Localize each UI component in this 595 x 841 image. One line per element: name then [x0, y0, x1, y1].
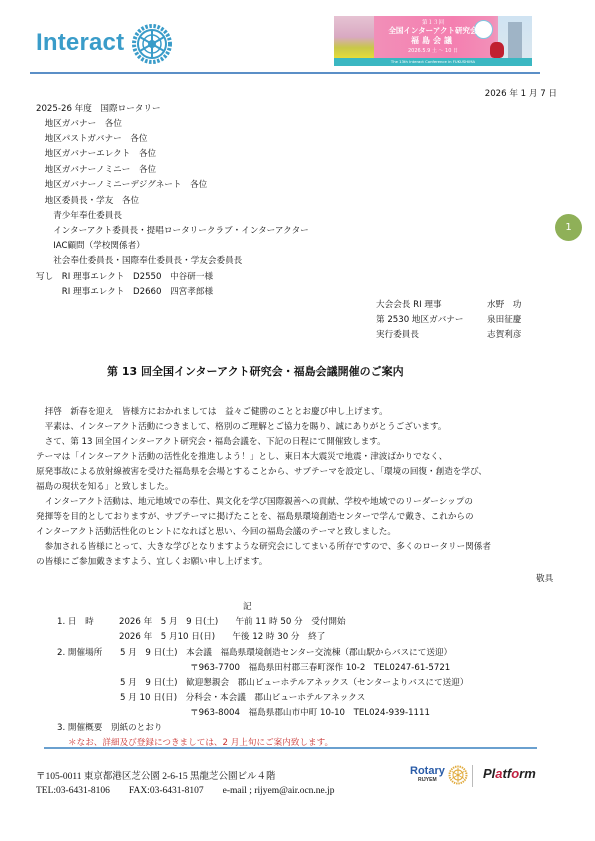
footer-address: 〒105-0011 東京都港区芝公園 2-6-15 黒龍芝公園ビル４階: [36, 768, 276, 782]
document-title: 第 13 回全国インターアクト研究会・福島会議開催のご案内: [107, 363, 404, 379]
page-number-badge: 1: [555, 214, 582, 241]
addressee-line: 地区ガバナー 各位: [36, 117, 122, 129]
sender-name: 水野 功: [487, 298, 521, 310]
detail-line: 5 月 9 日(土) 歓迎懇親会 郡山ビューホテルアネックス（センターよりバスに…: [120, 676, 468, 688]
sender-role: 大会会長 RI 理事: [376, 298, 442, 310]
body-line: インターアクト活動は、地元地域での奉仕、異文化を学び国際親善への貢献、学校や地域…: [36, 495, 473, 507]
detail-label: 1. 日 時: [57, 615, 94, 627]
platform-logo: Platform: [483, 766, 536, 781]
detail-line: 〒963-7700 福島県田村郡三春町深作 10-2 TEL0247-61-57…: [190, 661, 450, 673]
addressee-line: 青少年奉仕委員長: [36, 209, 122, 221]
header-rule: [30, 72, 220, 74]
body-line: 福島の現状を知る」と致しました。: [36, 480, 174, 492]
header-rule: [220, 72, 540, 74]
footer-rule: [44, 747, 241, 749]
conference-banner: 第１３回 全国インターアクト研究会 福島会議 2026.5.9 土 ～ 10 日…: [334, 16, 532, 66]
addressee-line: 地区パストガバナー 各位: [36, 132, 147, 144]
sender-name: 志賀利彦: [487, 328, 521, 340]
detail-line: 2026 年 5 月10 日(日) 午後 12 時 30 分 終了: [119, 630, 325, 642]
addressee-line: 地区ガバナーエレクト 各位: [36, 147, 156, 159]
logo-separator: [472, 765, 473, 787]
addressee-line: 地区委員長・学友 各位: [36, 194, 139, 206]
detail-line: 5 月 10 日(日) 分科会・本会議 郡山ビューホテルアネックス: [120, 691, 365, 703]
ki-heading: 記: [243, 600, 252, 612]
body-line: インターアクト活動活性化のヒントになればと思い、今回の福島会議のテーマと致しまし…: [36, 525, 396, 537]
body-line: 平素は、インターアクト活動につきまして、格別のご理解とご協力を賜り、誠にありがと…: [36, 420, 446, 432]
footer-contact: TEL:03-6431-8106 FAX:03-6431-8107 e-mail…: [36, 782, 335, 796]
interact-logo-text: Interact: [36, 29, 124, 57]
addressee-line: 地区ガバナーノミニーデジグネート 各位: [36, 178, 207, 190]
footer-rule: [241, 747, 537, 749]
closing-keigu: 敬具: [536, 572, 553, 584]
detail-label: 3. 開催概要 別紙のとおり: [57, 721, 162, 733]
sender-role: 第 2530 地区ガバナー: [376, 313, 464, 325]
addressee-line: RI 理事エレクト D2660 四宮孝郎様: [36, 285, 213, 297]
body-line: 原発事故による放射線被害を受けた福島県を会場とすることから、サブテーマを設定し、…: [36, 465, 487, 477]
body-line: の皆様にご参加戴きますよう、宜しくお願い申し上げます。: [36, 555, 267, 567]
addressee-line: 地区ガバナーノミニー 各位: [36, 163, 156, 175]
body-line: テーマは「インターアクト活動の活性化を推進しよう！」とし、東日本大震災で地震・津…: [36, 450, 447, 462]
addressee-line: 社会奉仕委員長・国際奉仕委員長・学友会委員長: [36, 254, 242, 266]
addressee-line: IAC顧問（学校関係者）: [36, 239, 145, 251]
addressee-line: 2025-26 年度 国際ロータリー: [36, 102, 161, 114]
detail-line: 〒963-8004 福島県郡山市中町 10-10 TEL024-939-1111: [190, 706, 430, 718]
rotary-rijyem-logo: Rotary RIJYEM: [410, 765, 445, 783]
sender-role: 実行委員長: [376, 328, 419, 340]
addressee-line: 写し RI 理事エレクト D2550 中谷研一様: [36, 270, 213, 282]
body-line: 発揮等を目的としておりますが、サブテーマに掲げたことを、福島県環境創造センターで…: [36, 510, 474, 522]
body-line: 拝啓 新春を迎え 皆様方におかれましては 益々ご健勝のこととお慶び申し上げます。: [36, 405, 388, 417]
detail-line: 2026 年 5 月 9 日(土) 午前 11 時 50 分 受付開始: [119, 615, 346, 627]
document-date: 2026 年 1 月 7 日: [485, 87, 557, 99]
detail-label: 2. 開催場所: [57, 646, 102, 658]
body-line: 参加される皆様にとって、大きな学びとなりますような研究会にしてまいる所存ですので…: [36, 540, 491, 552]
sender-name: 泉田征慶: [487, 313, 521, 325]
body-line: さて、第 13 回全国インターアクト研究会・福島会議を、下記の日程にて開催致しま…: [36, 435, 386, 447]
rotary-wheel-small-icon: [448, 765, 468, 785]
addressee-line: インターアクト委員長・提唱ロータリークラブ・インターアクター: [36, 224, 309, 236]
rotary-wheel-icon: [130, 22, 174, 66]
detail-line: 5 月 9 日(土) 本会議 福島県環境創造センター交流棟（郡山駅からバスにて送…: [120, 646, 452, 658]
